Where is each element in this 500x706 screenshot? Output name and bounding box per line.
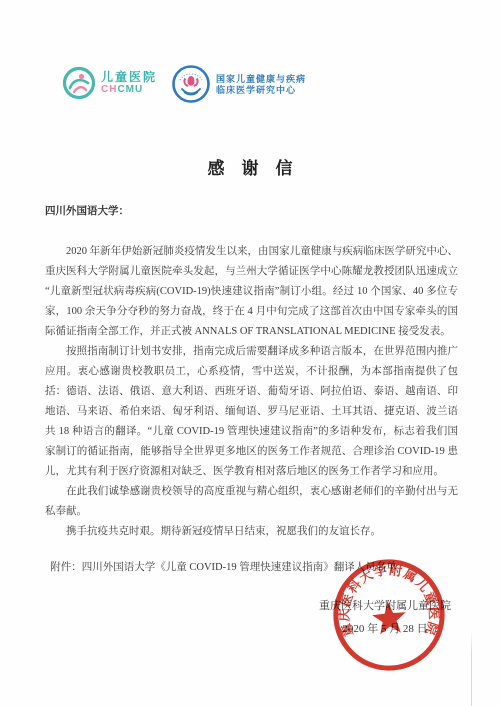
attachment-note: 附件：四川外国语大学《儿童 COVID-19 管理快速建议指南》翻译人员名单 [45, 558, 458, 578]
ncrc-name-line1: 国家儿童健康与疾病 [216, 74, 306, 85]
signature-organization: 重庆医科大学附属儿童医院 [319, 596, 451, 616]
chcmu-logo: 儿童医院 CHCMU [62, 66, 157, 100]
letter-page: 儿童医院 CHCMU 国家儿童健康与疾病 临床医学研究中心 感谢信 四川外国语大… [0, 0, 500, 706]
ncrc-logo-text: 国家儿童健康与疾病 临床医学研究中心 [216, 74, 306, 96]
hospital-abbr-ch: CH [101, 84, 117, 95]
letter-paragraph-4: 携手抗疫共克时艰。期待新冠疫情早日结束，祝愿我们的友谊长存。 [45, 522, 458, 542]
chcmu-logo-text: 儿童医院 CHCMU [101, 71, 157, 95]
chcmu-logo-icon [62, 66, 96, 100]
letter-paragraph-3: 在此我们诚挚感谢贵校领导的高度重视与精心组织，衷心感谢老师们的辛勤付出与无私奉献… [45, 482, 458, 522]
letter-paragraph-2: 按照指南制订计划书安排，指南完成后需要翻译成多种语言版本，在世界范围内推广应用。… [45, 342, 458, 482]
hospital-abbr-cmu: CMU [117, 84, 143, 95]
letter-paragraph-1: 2020 年新年伊始新冠肺炎疫情发生以来，由国家儿童健康与疾病临床医学研究中心、… [45, 242, 458, 342]
letter-title: 感谢信 [0, 154, 500, 179]
signature-block: 重庆医科大学附属儿童医院 2020 年 5 月 28 日 [319, 596, 451, 639]
hospital-name-cn: 儿童医院 [101, 71, 157, 83]
hospital-abbr: CHCMU [101, 85, 157, 95]
signoff: 重庆医科大学附属儿童医院 2020 年 5 月 28 日 [45, 596, 458, 639]
signature-date: 2020 年 5 月 28 日 [319, 619, 451, 639]
ncrc-logo: 国家儿童健康与疾病 临床医学研究中心 [171, 64, 306, 104]
salutation: 四川外国语大学： [45, 202, 458, 222]
ncrc-name-line2: 临床医学研究中心 [216, 85, 306, 96]
ncrc-badge-icon [171, 64, 211, 104]
letter-body: 四川外国语大学： 2020 年新年伊始新冠肺炎疫情发生以来，由国家儿童健康与疾病… [45, 202, 458, 639]
scan-page-edge [471, 630, 472, 706]
letterhead: 儿童医院 CHCMU 国家儿童健康与疾病 临床医学研究中心 [62, 66, 306, 104]
